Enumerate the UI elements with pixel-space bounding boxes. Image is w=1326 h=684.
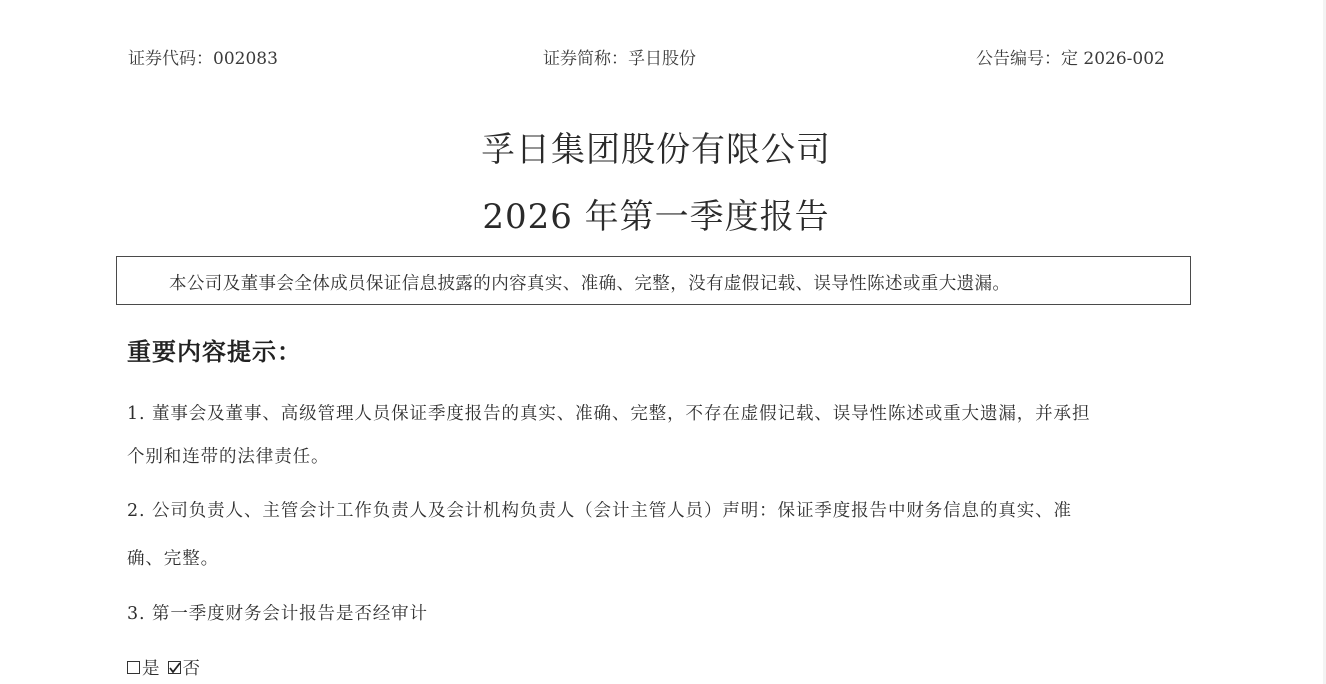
item-2-line-2: 确、完整。 bbox=[127, 545, 219, 570]
audit-choice-no-label: 否 bbox=[183, 655, 201, 680]
audit-choice-yes-label: 是 bbox=[142, 655, 160, 680]
disclosure-notice-box: 本公司及董事会全体成员保证信息披露的内容真实、准确、完整，没有虚假记载、误导性陈… bbox=[116, 256, 1191, 305]
stock-code: 证券代码：002083 bbox=[128, 44, 278, 69]
item-1-line-2: 个别和连带的法律责任。 bbox=[127, 443, 329, 468]
important-notice-heading: 重要内容提示： bbox=[127, 332, 302, 367]
document-page: 证券代码：002083 证券简称：孚日股份 公告编号：定 2026-002 孚日… bbox=[0, 0, 1324, 684]
checked-checkbox-icon bbox=[168, 661, 181, 674]
audit-choice-no: 否 bbox=[168, 655, 201, 680]
stock-abbreviation: 证券简称：孚日股份 bbox=[543, 44, 696, 69]
company-name-title: 孚日集团股份有限公司 bbox=[0, 122, 1312, 171]
document-header: 证券代码：002083 证券简称：孚日股份 公告编号：定 2026-002 bbox=[0, 44, 1326, 70]
empty-checkbox-icon bbox=[127, 661, 140, 674]
item-1-line-1: 1. 董事会及董事、高级管理人员保证季度报告的真实、准确、完整，不存在虚假记载、… bbox=[127, 400, 1090, 425]
audit-choice-yes: 是 bbox=[127, 655, 160, 680]
report-title: 2026 年第一季度报告 bbox=[0, 189, 1312, 238]
item-2-line-1: 2. 公司负责人、主管会计工作负责人及会计机构负责人（会计主管人员）声明：保证季… bbox=[127, 497, 1072, 522]
announcement-number: 公告编号：定 2026-002 bbox=[976, 44, 1165, 69]
audit-choices: 是 否 bbox=[127, 655, 208, 680]
item-3-line-1: 3. 第一季度财务会计报告是否经审计 bbox=[127, 600, 428, 625]
disclosure-notice-text: 本公司及董事会全体成员保证信息披露的内容真实、准确、完整，没有虚假记载、误导性陈… bbox=[169, 270, 1010, 295]
